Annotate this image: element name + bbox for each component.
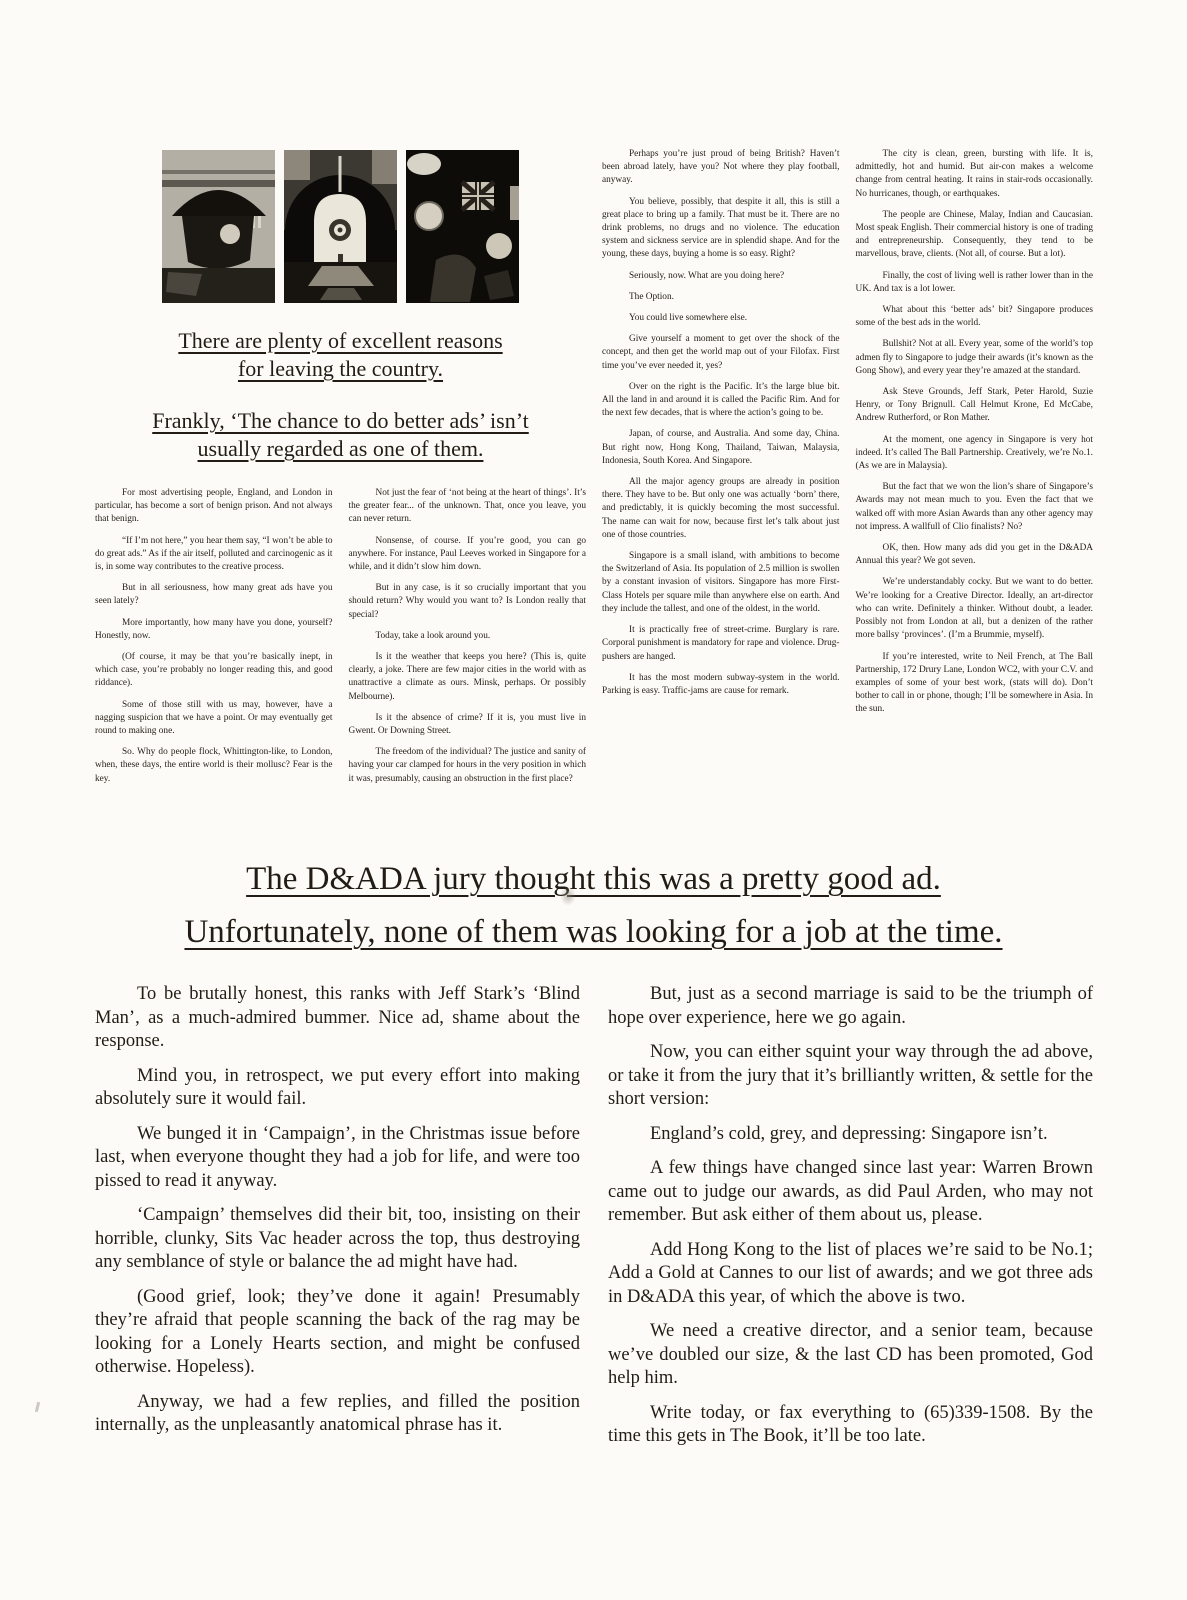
paragraph: So. Why do people flock, Whittington-lik… bbox=[95, 746, 333, 786]
paragraph: It has the most modern subway-system in … bbox=[602, 672, 840, 698]
paragraph: But in any case, is it so crucially impo… bbox=[349, 582, 587, 622]
archway-crest-photo bbox=[284, 150, 397, 303]
paragraph: At the moment, one agency in Singapore i… bbox=[856, 434, 1094, 474]
paragraph: Is it the weather that keeps you here? (… bbox=[349, 651, 587, 704]
paragraph: We bunged it in ‘Campaign’, in the Chris… bbox=[95, 1123, 580, 1194]
jury-headline-line2: Unfortunately, none of them was looking … bbox=[184, 906, 1002, 959]
paragraph: Anyway, we had a few replies, and filled… bbox=[95, 1391, 580, 1438]
paragraph: England’s cold, grey, and depressing: Si… bbox=[608, 1123, 1093, 1147]
paragraph: Over on the right is the Pacific. It’s t… bbox=[602, 381, 840, 421]
ad-headline-secondary: Frankly, ‘The chance to do better ads’ i… bbox=[95, 407, 586, 463]
ad-column-1: For most advertising people, England, an… bbox=[95, 487, 333, 794]
paragraph: You believe, possibly, that despite it a… bbox=[602, 196, 840, 262]
umbrella-silhouette-photo bbox=[162, 150, 275, 303]
paragraph: We’re understandably cocky. But we want … bbox=[856, 576, 1094, 642]
scanned-ad-page: There are plenty of excellent reasons fo… bbox=[0, 0, 1187, 1600]
ad-column-3: Perhaps you’re just proud of being Briti… bbox=[602, 148, 840, 794]
paragraph: Bullshit? Not at all. Every year, some o… bbox=[856, 338, 1094, 378]
jury-headline: The D&ADA jury thought this was a pretty… bbox=[45, 853, 1142, 959]
paragraph: Today, take a look around you. bbox=[349, 630, 587, 643]
paragraph: More importantly, how many have you done… bbox=[95, 617, 333, 643]
paragraph: OK, then. How many ads did you get in th… bbox=[856, 542, 1094, 568]
paragraph: Now, you can either squint your way thro… bbox=[608, 1041, 1093, 1112]
ad-column-4: The city is clean, green, bursting with … bbox=[856, 148, 1094, 794]
paragraph: But in all seriousness, how many great a… bbox=[95, 582, 333, 608]
top-ad-left-columns: For most advertising people, England, an… bbox=[95, 487, 586, 794]
paragraph: ‘Campaign’ themselves did their bit, too… bbox=[95, 1204, 580, 1275]
commentary-columns: To be brutally honest, this ranks with J… bbox=[95, 983, 1093, 1460]
paragraph: But, just as a second marriage is said t… bbox=[608, 983, 1093, 1030]
paragraph: The freedom of the individual? The justi… bbox=[349, 746, 587, 786]
paragraph: You could live somewhere else. bbox=[602, 312, 840, 325]
paragraph: (Good grief, look; they’ve done it again… bbox=[95, 1286, 580, 1380]
jury-headline-line1: The D&ADA jury thought this was a pretty… bbox=[246, 853, 941, 906]
paragraph: Finally, the cost of living well is rath… bbox=[856, 270, 1094, 296]
ad-column-2: Not just the fear of ‘not being at the h… bbox=[349, 487, 587, 794]
paragraph: We need a creative director, and a senio… bbox=[608, 1320, 1093, 1391]
paragraph: Singapore is a small island, with ambiti… bbox=[602, 550, 840, 616]
ad-headline-secondary-line1: Frankly, ‘The chance to do better ads’ i… bbox=[95, 407, 586, 435]
paragraph: It is practically free of street-crime. … bbox=[602, 624, 840, 664]
paragraph: But the fact that we won the lion’s shar… bbox=[856, 481, 1094, 534]
paragraph: The people are Chinese, Malay, Indian an… bbox=[856, 209, 1094, 262]
paragraph: (Of course, it may be that you’re basica… bbox=[95, 651, 333, 691]
commentary-column-right: But, just as a second marriage is said t… bbox=[608, 983, 1093, 1460]
top-ad: There are plenty of excellent reasons fo… bbox=[95, 148, 1093, 794]
paragraph: What about this ‘better ads’ bit? Singap… bbox=[856, 304, 1094, 330]
commentary-column-left: To be brutally honest, this ranks with J… bbox=[95, 983, 580, 1460]
scan-smudge bbox=[560, 886, 576, 906]
paragraph: Add Hong Kong to the list of places we’r… bbox=[608, 1239, 1093, 1310]
ad-headline-primary-line1: There are plenty of excellent reasons bbox=[95, 327, 586, 355]
top-ad-left-half: There are plenty of excellent reasons fo… bbox=[95, 148, 586, 794]
paragraph: Perhaps you’re just proud of being Briti… bbox=[602, 148, 840, 188]
paragraph: To be brutally honest, this ranks with J… bbox=[95, 983, 580, 1054]
paragraph: Is it the absence of crime? If it is, yo… bbox=[349, 712, 587, 738]
top-ad-right-half: Perhaps you’re just proud of being Briti… bbox=[602, 148, 1093, 794]
scan-pencil-mark bbox=[35, 1402, 40, 1412]
paragraph: A few things have changed since last yea… bbox=[608, 1157, 1093, 1228]
paragraph: “If I’m not here,” you hear them say, “I… bbox=[95, 535, 333, 575]
paragraph: Mind you, in retrospect, we put every ef… bbox=[95, 1065, 580, 1112]
paragraph: Give yourself a moment to get over the s… bbox=[602, 333, 840, 373]
paragraph: If you’re interested, write to Neil Fren… bbox=[856, 651, 1094, 717]
photo-strip bbox=[95, 150, 586, 303]
ad-headline-primary: There are plenty of excellent reasons fo… bbox=[95, 327, 586, 383]
paragraph: All the major agency groups are already … bbox=[602, 476, 840, 542]
paragraph: Not just the fear of ‘not being at the h… bbox=[349, 487, 587, 527]
paragraph: Japan, of course, and Australia. And som… bbox=[602, 428, 840, 468]
helmets-flag-photo bbox=[406, 150, 519, 303]
paragraph: Ask Steve Grounds, Jeff Stark, Peter Har… bbox=[856, 386, 1094, 426]
paragraph: Seriously, now. What are you doing here? bbox=[602, 270, 840, 283]
paragraph: For most advertising people, England, an… bbox=[95, 487, 333, 527]
ad-headline-secondary-line2: usually regarded as one of them. bbox=[95, 435, 586, 463]
paragraph: The city is clean, green, bursting with … bbox=[856, 148, 1094, 201]
paragraph: The Option. bbox=[602, 291, 840, 304]
ad-headline-primary-line2: for leaving the country. bbox=[95, 355, 586, 383]
paragraph: Some of those still with us may, however… bbox=[95, 699, 333, 739]
paragraph: Nonsense, of course. If you’re good, you… bbox=[349, 535, 587, 575]
paragraph: Write today, or fax everything to (65)33… bbox=[608, 1402, 1093, 1449]
